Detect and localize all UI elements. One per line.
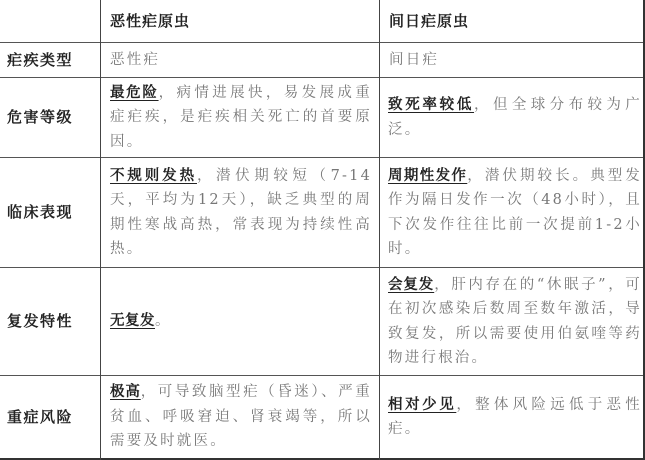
header-falciparum-label: 恶性疟原虫: [110, 9, 190, 34]
comparison-table: 恶性疟原虫 间日疟原虫 疟疾类型 恶性疟 间日疟 危害等级 最危险，病情进展快，…: [0, 0, 645, 460]
cell-vivax-hazard: 致死率较低，但全球分布较为广泛。: [388, 78, 642, 157]
header-corner: [0, 0, 100, 42]
row-label-malaria-type: 疟疾类型: [7, 43, 100, 77]
cell-falciparum-hazard: 最危险，病情进展快，易发展成重症疟疾，是疟疾相关死亡的首要原因。: [110, 78, 372, 157]
column-divider: [100, 0, 101, 460]
row-label-clinical: 临床表现: [7, 158, 100, 267]
row-label-severe-risk: 重症风险: [7, 376, 100, 458]
cell-falciparum-type: 恶性疟: [110, 43, 370, 77]
header-vivax-label: 间日疟原虫: [389, 9, 469, 34]
row-label-hazard-level: 危害等级: [7, 78, 100, 157]
cell-falciparum-relapse: 无复发。: [110, 268, 372, 375]
cell-vivax-severe: 相对少见，整体风险远低于恶性疟。: [388, 376, 642, 458]
cell-vivax-relapse: 会复发，肝内存在的“休眠子”，可在初次感染后数周至数年激活，导致复发，所以需要使…: [388, 268, 642, 375]
column-divider: [379, 0, 380, 460]
row-label-relapse: 复发特性: [7, 268, 100, 375]
cell-vivax-type: 间日疟: [389, 43, 639, 77]
header-falciparum: 恶性疟原虫: [110, 0, 370, 42]
cell-falciparum-severe: 极高，可导致脑型疟（昏迷）、严重贫血、呼吸窘迫、肾衰竭等，所以需要及时就医。: [110, 376, 372, 458]
header-vivax: 间日疟原虫: [389, 0, 639, 42]
cell-vivax-clinical: 周期性发作，潜伏期较长。典型发作为隔日发作一次（48小时），且下次发作往往比前一…: [388, 158, 642, 267]
cell-falciparum-clinical: 不规则发热，潜伏期较短（7-14天，平均为12天），缺乏典型的周期性寒战高热，常…: [110, 158, 372, 267]
